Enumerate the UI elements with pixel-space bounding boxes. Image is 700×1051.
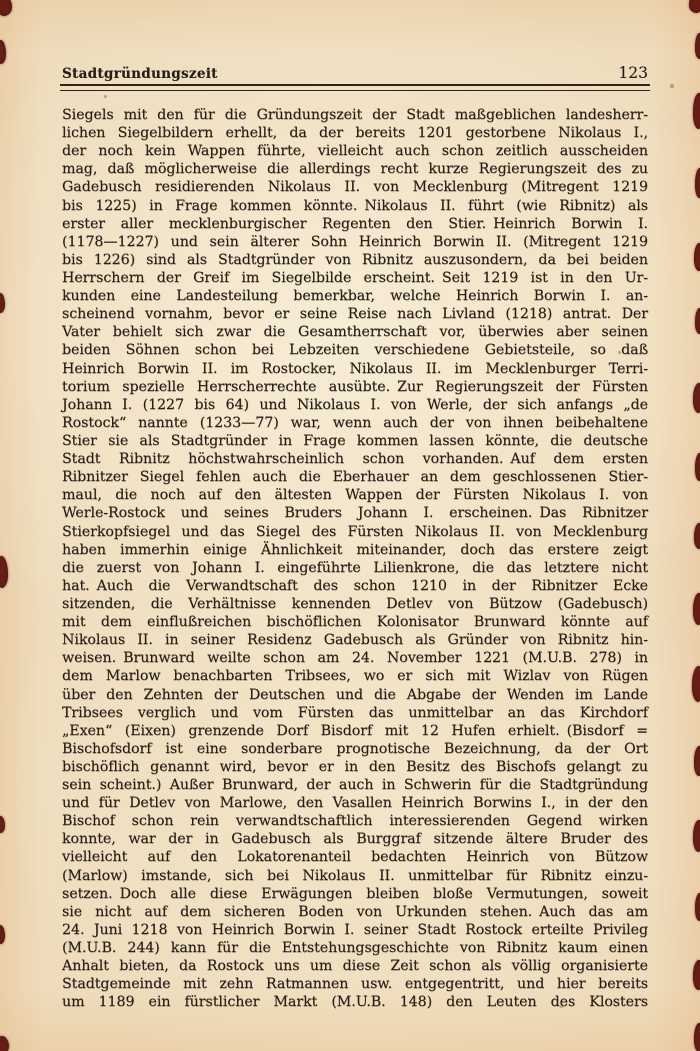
scan-artifact [0, 0, 12, 16]
text-line: mag, daß möglicherweise die allerdings r… [62, 160, 648, 178]
text-line: Ribnitzer Siegel fehlen auch die Eberhau… [62, 468, 648, 486]
scan-artifact [694, 243, 700, 271]
text-line: Nikolaus II. in seiner Residenz Gadebusc… [62, 631, 648, 649]
text-line: hat. Auch die Verwandtschaft des schon 1… [62, 577, 648, 595]
scan-artifact [693, 820, 700, 852]
text-line: kunden eine Landesteilung bemerkbar, wel… [62, 287, 648, 305]
text-line: torium spezielle Herrscherrechte ausübte… [62, 378, 648, 396]
scan-artifact [692, 666, 700, 702]
text-line: sitzenden, die Verhältnisse kennenden De… [62, 595, 648, 613]
text-line: scheinend vornahm, bevor er seine Reise … [62, 305, 648, 323]
text-line: bis 1225) in Frage kommen könnte. Nikola… [62, 197, 648, 215]
text-line: die zuerst von Johann I. eingeführte Lil… [62, 559, 648, 577]
text-line: weisen. Brunward weilte schon am 24. Nov… [62, 649, 648, 667]
text-line: über den Zehnten der Deutschen und die A… [62, 686, 648, 704]
text-line: sein scheint.) Außer Brunward, der auch … [62, 776, 648, 794]
text-line: beiden Söhnen schon bei Lebzeiten versch… [62, 341, 648, 359]
scan-artifact [694, 746, 700, 776]
text-line: Werle-Rostock und seines Bruders Johann … [62, 504, 648, 522]
scan-artifact [689, 0, 700, 13]
scan-artifact [693, 93, 700, 129]
page-header: Stadtgründungszeit 123 [62, 64, 648, 82]
text-line: setzen. Doch alle diese Erwägungen bleib… [62, 885, 648, 903]
running-head: Stadtgründungszeit [62, 66, 218, 82]
text-line: der noch kein Wappen führte, vielleicht … [62, 142, 648, 160]
scan-artifact [694, 1023, 700, 1051]
page-number: 123 [618, 64, 648, 82]
text-line: 24. Juni 1218 von Heinrich Borwin I. sei… [62, 921, 648, 939]
scan-artifact [0, 40, 6, 64]
page-body-text: Siegels mit den für die Gründungszeit de… [62, 106, 648, 1011]
text-line: Heinrich Borwin II. im Rostocker, Nikola… [62, 360, 648, 378]
text-line: lichen Siegelbildern erhellt, da der ber… [62, 124, 648, 142]
text-line: vielleicht auf den Lokatorenanteil bedac… [62, 848, 648, 866]
text-line: Stadt Ribnitz höchstwahrscheinlich schon… [62, 450, 648, 468]
scan-artifact [0, 1036, 9, 1051]
scan-artifact [693, 593, 700, 625]
scan-artifact [695, 453, 700, 481]
text-line: Gadebusch residierenden Nikolaus II. von… [62, 178, 648, 196]
paper-speck [670, 84, 674, 88]
text-line: Stier sie als Stadtgründer in Frage komm… [62, 432, 648, 450]
text-line: um 1189 ein fürstlicher Markt (M.U.B. 14… [62, 993, 648, 1011]
text-line: bis 1226) sind als Stadtgründer von Ribn… [62, 251, 648, 269]
scan-artifact [0, 556, 8, 588]
text-line: Stadtgemeinde mit zehn Ratmannen usw. en… [62, 975, 648, 993]
scan-artifact [0, 816, 5, 833]
scan-artifact [693, 383, 700, 413]
text-line: konnte, war der in Gadebusch als Burggra… [62, 830, 648, 848]
text-line: (1178—1227) und sein älterer Sohn Heinri… [62, 233, 648, 251]
scan-artifact [0, 293, 5, 313]
scan-artifact [695, 308, 700, 334]
paper-speck [618, 351, 621, 354]
text-line: bischöflich genannt wird, bevor er in de… [62, 758, 648, 776]
text-line: Anhalt bieten, da Rostock uns um diese Z… [62, 957, 648, 975]
text-line: Stierkopfsiegel und das Siegel des Fürst… [62, 523, 648, 541]
text-line: sie nicht auf dem sicheren Boden von Urk… [62, 903, 648, 921]
paper-speck [560, 1005, 563, 1008]
text-line: Bischof schon rein verwandtschaftlich in… [62, 812, 648, 830]
text-line: maul, die noch auf den ältesten Wappen d… [62, 486, 648, 504]
text-line: (Marlow) imstande, sich bei Nikolaus II.… [62, 867, 648, 885]
text-line: und für Detlev von Marlowe, den Vasallen… [62, 794, 648, 812]
text-line: (M.U.B. 244) kann für die Entstehungsges… [62, 939, 648, 957]
text-line: Johann I. (1227 bis 64) und Nikolaus I. … [62, 396, 648, 414]
header-rule [60, 84, 650, 91]
text-line: „Exen“ (Eixen) grenzende Dorf Bisdorf mi… [62, 722, 648, 740]
scan-artifact [694, 523, 700, 549]
text-line: Siegels mit den für die Gründungszeit de… [62, 106, 648, 124]
scan-artifact [695, 893, 700, 921]
scanned-page: Stadtgründungszeit 123 Siegels mit den f… [0, 0, 700, 1051]
scan-artifact [695, 168, 700, 198]
text-line: mit dem einflußreichen bischöflichen Kol… [62, 613, 648, 631]
text-line: Vater behielt sich zwar die Gesamtherrsc… [62, 323, 648, 341]
text-line: erster aller mecklenburgischer Regenten … [62, 215, 648, 233]
text-line: haben immerhin einige Ähnlichkeit mitein… [62, 541, 648, 559]
scan-artifact [693, 960, 700, 990]
text-line: Herrschern der Greif im Siegelbilde ersc… [62, 269, 648, 287]
paper-speck [104, 95, 107, 98]
text-line: Bischofsdorf ist eine sonderbare prognot… [62, 740, 648, 758]
text-line: Tribsees verglich und vom Fürsten das un… [62, 704, 648, 722]
scan-artifact [0, 925, 5, 944]
text-line: Rostock“ nannte (1233—77) war, wenn auch… [62, 414, 648, 432]
scan-artifact [695, 33, 700, 59]
text-line: dem Marlow benachbarten Tribsees, wo er … [62, 667, 648, 685]
